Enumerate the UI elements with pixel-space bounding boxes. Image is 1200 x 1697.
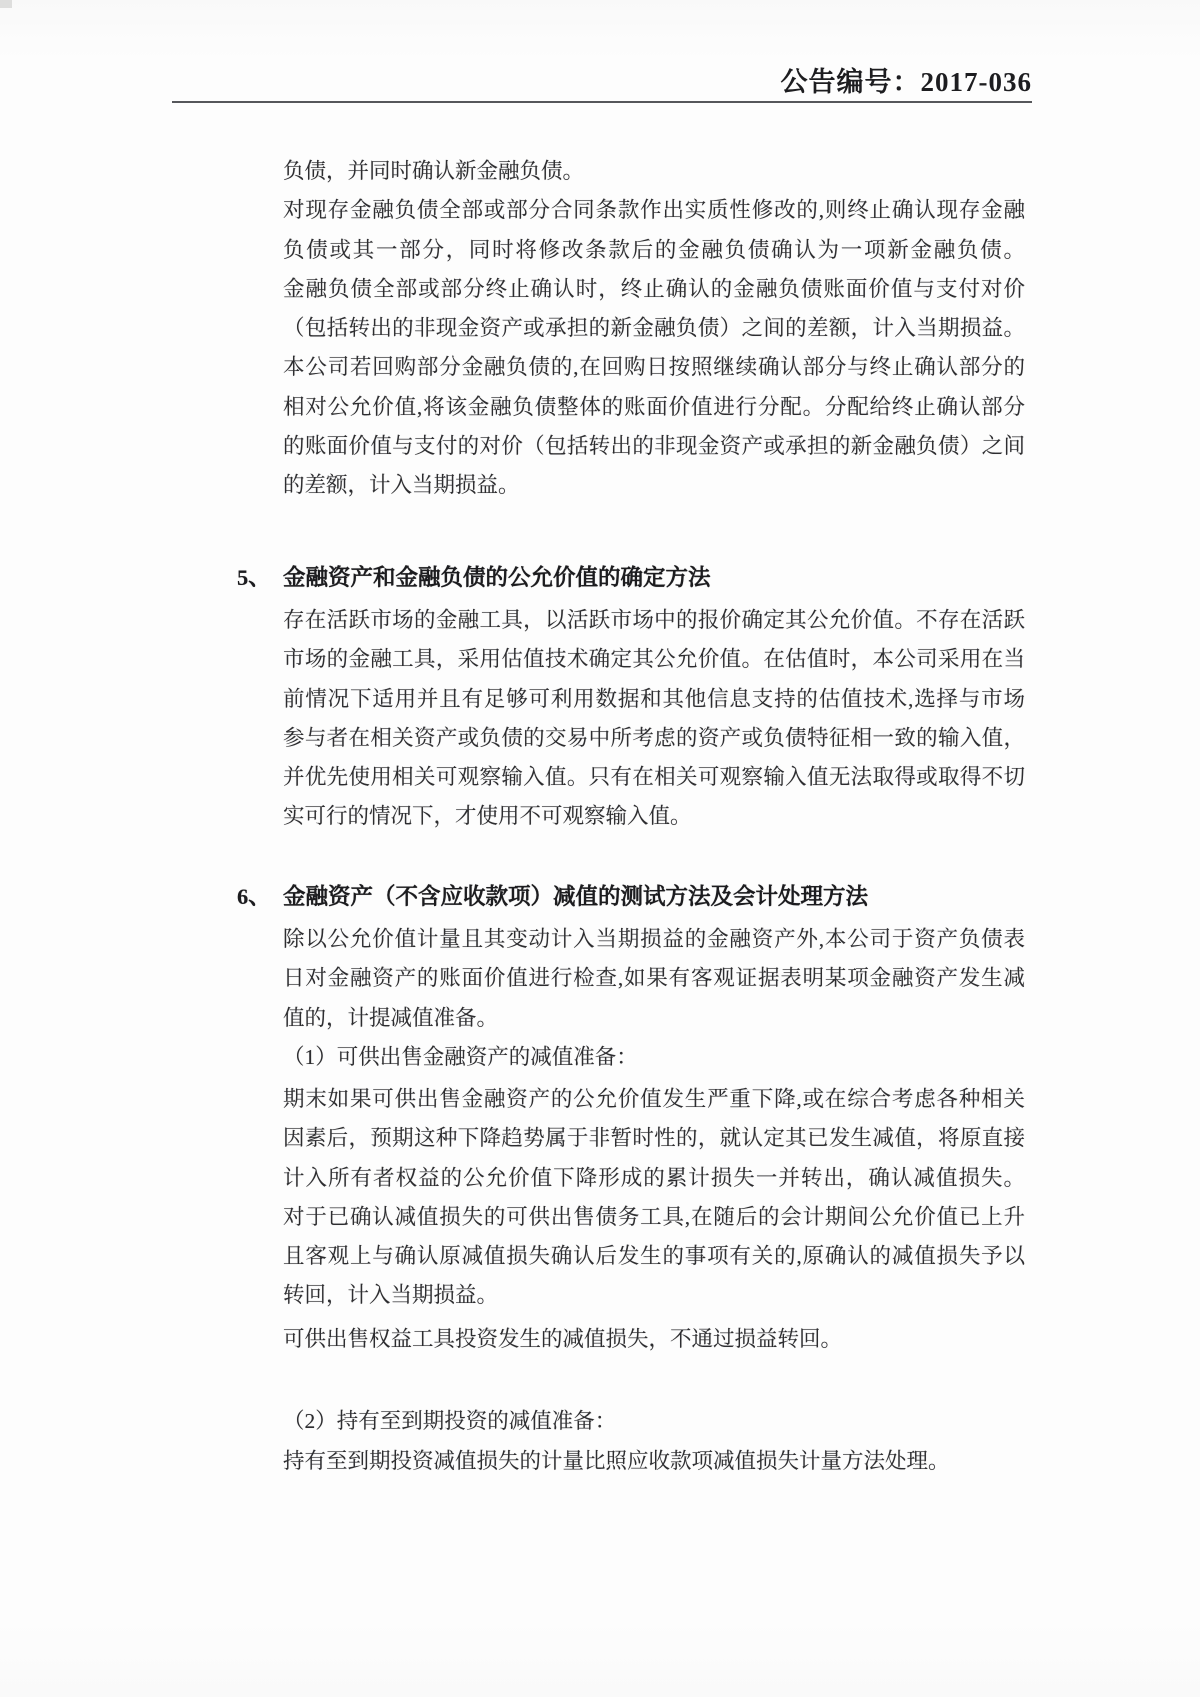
text-line: 存在活跃市场的金融工具，以活跃市场中的报价确定其公允价值。不存在活跃 [283, 601, 1025, 640]
section-5-heading: 5、金融资产和金融负债的公允价值的确定方法 [237, 558, 1027, 597]
text-line: （2）持有至到期投资的减值准备： [283, 1402, 1025, 1441]
text-line: 参与者在相关资产或负债的交易中所考虑的资产或负债特征相一致的输入值， [283, 719, 1025, 758]
text-line: 并优先使用相关可观察输入值。只有在相关可观察输入值无法取得或取得不切 [283, 758, 1025, 797]
header-rule [172, 101, 1032, 103]
text-line: 计入所有者权益的公允价值下降形成的累计损失一并转出，确认减值损失。 [283, 1159, 1025, 1198]
text-line: 值的，计提减值准备。 [283, 999, 1025, 1038]
text-line: 的账面价值与支付的对价（包括转出的非现金资产或承担的新金融负债）之间 [283, 427, 1025, 466]
text-line: 对现存金融负债全部或部分合同条款作出实质性修改的,则终止确认现存金融 [283, 191, 1025, 230]
scan-artifact [0, 0, 12, 8]
paragraph-financial-liability: 负债，并同时确认新金融负债。 对现存金融负债全部或部分合同条款作出实质性修改的,… [283, 152, 1025, 506]
item-2-label: （2）持有至到期投资的减值准备： [283, 1402, 1025, 1441]
section-6-heading: 6、金融资产（不含应收款项）减值的测试方法及会计处理方法 [237, 877, 1027, 916]
item-1-label: （1）可供出售金融资产的减值准备： [283, 1038, 1025, 1077]
text-line: 且客观上与确认原减值损失确认后发生的事项有关的,原确认的减值损失予以 [283, 1237, 1025, 1276]
text-line: （包括转出的非现金资产或承担的新金融负债）之间的差额，计入当期损益。 [283, 309, 1025, 348]
text-line: 日对金融资产的账面价值进行检查,如果有客观证据表明某项金融资产发生减 [283, 959, 1025, 998]
text-line: 持有至到期投资减值损失的计量比照应收款项减值损失计量方法处理。 [283, 1442, 1025, 1481]
text-line: 本公司若回购部分金融负债的,在回购日按照继续确认部分与终止确认部分的 [283, 348, 1025, 387]
text-line: （1）可供出售金融资产的减值准备： [283, 1038, 1025, 1077]
text-line: 相对公允价值,将该金融负债整体的账面价值进行分配。分配给终止确认部分 [283, 388, 1025, 427]
text-line: 除以公允价值计量且其变动计入当期损益的金融资产外,本公司于资产负债表 [283, 920, 1025, 959]
text-line: 金融负债全部或部分终止确认时，终止确认的金融负债账面价值与支付对价 [283, 270, 1025, 309]
text-line: 的差额，计入当期损益。 [283, 466, 1025, 505]
text-line: 因素后，预期这种下降趋势属于非暂时性的，就认定其已发生减值，将原直接 [283, 1119, 1025, 1158]
text-line: 可供出售权益工具投资发生的减值损失，不通过损益转回。 [283, 1320, 1025, 1359]
text-line: 对于已确认减值损失的可供出售债务工具,在随后的会计期间公允价值已上升 [283, 1198, 1025, 1237]
paragraph-equity-note: 可供出售权益工具投资发生的减值损失，不通过损益转回。 [283, 1320, 1025, 1359]
section-title: 金融资产和金融负债的公允价值的确定方法 [283, 565, 711, 590]
text-line: 实可行的情况下，才使用不可观察输入值。 [283, 797, 1025, 836]
text-line: 负债，并同时确认新金融负债。 [283, 152, 1025, 191]
paragraph-afs-impairment: 期末如果可供出售金融资产的公允价值发生严重下降,或在综合考虑各种相关 因素后，预… [283, 1080, 1025, 1316]
paragraph-fair-value: 存在活跃市场的金融工具，以活跃市场中的报价确定其公允价值。不存在活跃 市场的金融… [283, 601, 1025, 837]
section-number: 6、 [237, 877, 283, 916]
text-line: 负债或其一部分，同时将修改条款后的金融负债确认为一项新金融负债。 [283, 231, 1025, 270]
section-number: 5、 [237, 558, 283, 597]
paragraph-htm-impairment: 持有至到期投资减值损失的计量比照应收款项减值损失计量方法处理。 [283, 1442, 1025, 1481]
document-page: 公告编号：2017-036 负债，并同时确认新金融负债。 对现存金融负债全部或部… [0, 0, 1200, 1697]
text-line: 前情况下适用并且有足够可利用数据和其他信息支持的估值技术,选择与市场 [283, 680, 1025, 719]
text-line: 市场的金融工具，采用估值技术确定其公允价值。在估值时，本公司采用在当 [283, 640, 1025, 679]
text-line: 转回，计入当期损益。 [283, 1276, 1025, 1315]
paragraph-impairment-intro: 除以公允价值计量且其变动计入当期损益的金融资产外,本公司于资产负债表 日对金融资… [283, 920, 1025, 1038]
section-title: 金融资产（不含应收款项）减值的测试方法及会计处理方法 [283, 884, 868, 909]
text-line: 期末如果可供出售金融资产的公允价值发生严重下降,或在综合考虑各种相关 [283, 1080, 1025, 1119]
announcement-number: 公告编号：2017-036 [781, 60, 1033, 99]
